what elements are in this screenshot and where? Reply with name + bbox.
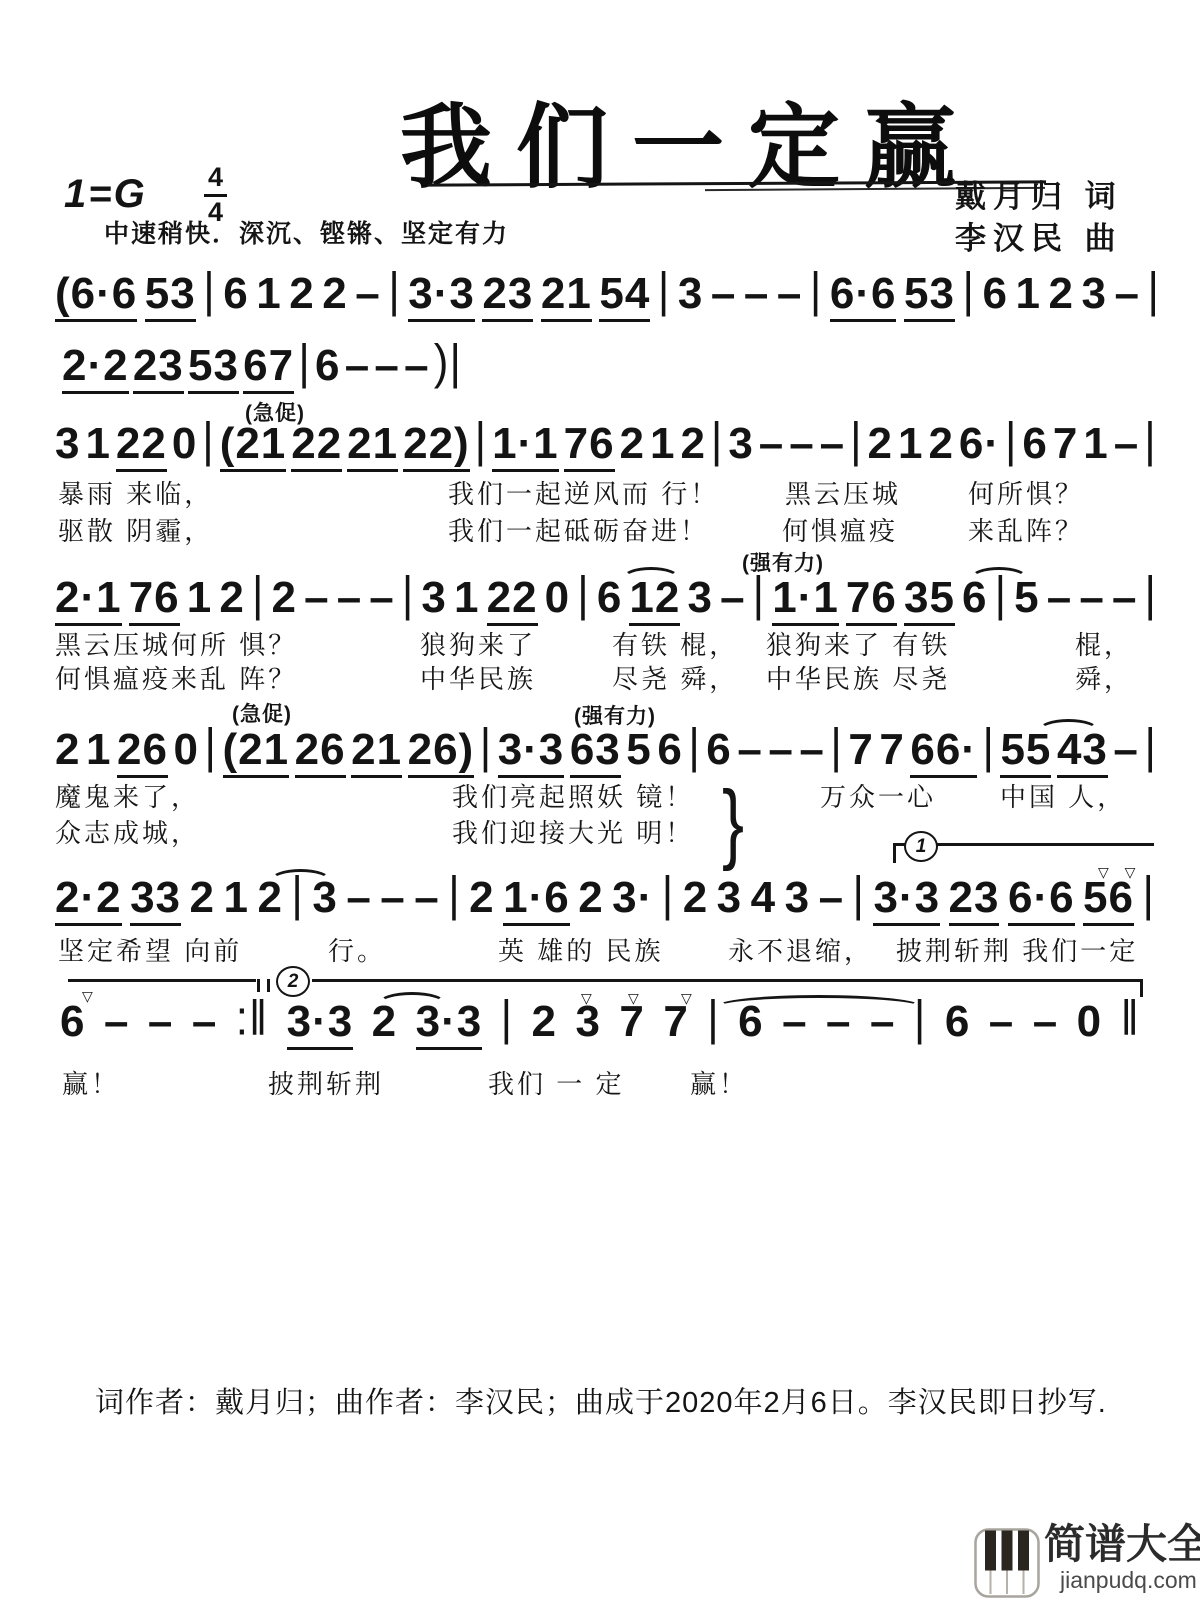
second-ending-line-left — [68, 979, 256, 982]
note-token: 3 — [1081, 272, 1106, 322]
note-token: 21 — [541, 272, 592, 322]
note-token: – — [345, 344, 370, 394]
lyric-segment: 驱散 阴霾， — [58, 511, 213, 548]
ending-number: 1 — [904, 831, 938, 862]
note-token: 1·1 — [772, 576, 839, 626]
piano-keys-icon — [974, 1528, 1040, 1598]
lyric-segment: 我们迎接大光 明！ — [452, 813, 694, 850]
note-token: | — [810, 266, 822, 322]
note-token: 2 — [928, 422, 953, 472]
notation-line: 6–––:‖3·323·3|2377|6–––|6––0‖ — [60, 1000, 1140, 1050]
note-token: 22 — [116, 422, 167, 472]
note-token: 2 — [55, 728, 80, 778]
note-token: – — [1047, 576, 1072, 626]
note-token: – — [104, 1000, 129, 1050]
note-token: | — [1142, 870, 1154, 926]
note-token: 53 — [188, 344, 239, 394]
note-token: – — [720, 576, 745, 626]
lyric-segment: 狼狗来了 有铁 — [766, 625, 950, 662]
note-token: – — [346, 876, 371, 926]
lyric-segment: 何惧瘟疫 — [782, 511, 898, 548]
note-token: | — [688, 722, 700, 778]
note-token: 3 — [55, 422, 80, 472]
note-token: 6· — [959, 422, 1000, 472]
note-token: 7 — [879, 728, 904, 778]
note-token: :‖ — [236, 994, 268, 1050]
accent-mark: ▽ — [82, 988, 99, 1005]
key-signature: 1=G — [64, 172, 147, 217]
note-token: – — [337, 576, 362, 626]
accent-mark: ▽ ▽ — [1098, 864, 1141, 881]
expression-annotation: (强有力) — [574, 700, 656, 730]
note-token: 21 — [351, 728, 402, 778]
note-token: 76 — [846, 576, 897, 626]
note-token: 53 — [904, 272, 955, 322]
note-token: | — [475, 416, 487, 472]
note-token: | — [1145, 570, 1157, 626]
lyric-segment: 魔鬼来了， — [55, 777, 200, 814]
note-token: – — [374, 344, 399, 394]
lyric-segment: 舜， — [1075, 659, 1133, 696]
notation-line: 21260|(21262126)|3·36356|6–––|7766·|5543… — [55, 728, 1157, 778]
site-watermark: 简谱大全 jianpudq.com — [974, 1524, 1200, 1598]
note-token: | — [1144, 416, 1156, 472]
note-token: 26 — [117, 728, 168, 778]
note-token: | — [850, 416, 862, 472]
tempo-expression: 中速稍快．深沉、铿锵、坚定有力 — [104, 214, 509, 250]
note-token: – — [414, 876, 439, 926]
note-token: 2·2 — [62, 344, 129, 394]
lyric-segment: 我们一起砥砺奋进！ — [448, 511, 709, 548]
note-token: 1 — [85, 422, 110, 472]
note-token: | — [448, 870, 460, 926]
lyric-segment: 我们 一 定 — [488, 1064, 624, 1101]
lyric-segment: 暴雨 来临， — [58, 474, 213, 511]
note-token: | — [711, 416, 723, 472]
note-token: 0 — [172, 422, 197, 472]
note-token: – — [1115, 272, 1140, 322]
expression-annotation: (急促) — [245, 397, 305, 427]
lyric-segment: 黑云压城 — [785, 474, 901, 511]
note-token: 1 — [1083, 422, 1108, 472]
lyric-segment: 狼狗来了 — [420, 625, 536, 662]
note-token: | — [962, 266, 974, 322]
lyric-segment: 赢！ — [62, 1064, 120, 1101]
note-token: 33 — [130, 876, 181, 926]
lyric-segment: 有铁 棍， — [612, 625, 738, 662]
lyric-segment: 中国 人， — [1000, 777, 1126, 814]
note-token: 76 — [564, 422, 615, 472]
note-token: – — [1113, 728, 1138, 778]
note-token: 2 — [868, 422, 893, 472]
lyric-segment: 披荆斩荆 — [268, 1064, 384, 1101]
note-token: 2·2 — [55, 876, 122, 926]
note-token: | — [205, 722, 217, 778]
note-token: 1 — [1015, 272, 1040, 322]
note-token: )| — [434, 338, 462, 394]
ending-number: 2 — [276, 966, 310, 997]
lyric-segment: 我们一起逆风而 行！ — [448, 474, 719, 511]
note-token: 3 — [575, 1000, 600, 1050]
note-token: 3·3 — [498, 728, 565, 778]
note-token: 0 — [1077, 1000, 1102, 1050]
slur-arc — [270, 869, 331, 892]
note-token: 7 — [619, 1000, 644, 1050]
note-token: 2 — [289, 272, 314, 322]
second-ending-tick — [257, 979, 260, 992]
note-token: 22 — [291, 422, 342, 472]
note-token: 21 — [347, 422, 398, 472]
slur-arc — [1038, 719, 1099, 742]
note-token: 56 — [1083, 876, 1134, 926]
note-token: 1 — [223, 876, 248, 926]
note-token: 6·6 — [1008, 876, 1075, 926]
note-token: 0 — [174, 728, 199, 778]
note-token: 3 — [421, 576, 446, 626]
note-token: 35 — [904, 576, 955, 626]
note-token: 2 — [219, 576, 244, 626]
note-token: 2 — [322, 272, 347, 322]
note-token: 1·6 — [503, 876, 570, 926]
note-token: – — [989, 1000, 1014, 1050]
sheet-page: 我们一定赢 1=G 4 4 中速稍快．深沉、铿锵、坚定有力 戴月归 词 李汉民 … — [0, 0, 1200, 1600]
note-token: 7 — [663, 1000, 688, 1050]
note-token: | — [1005, 416, 1017, 472]
note-token: | — [707, 994, 719, 1050]
note-token: – — [777, 272, 802, 322]
note-token: 6 — [657, 728, 682, 778]
composer-credit: 李汉民 曲 — [955, 218, 1123, 260]
note-token: | — [1144, 722, 1156, 778]
accent-mark: ▽ — [628, 990, 645, 1007]
lyric-segment: 英 雄的 民族 — [498, 931, 663, 968]
note-token: (21 — [223, 728, 290, 778]
lyric-segment: 我们亮起照妖 镜！ — [452, 777, 694, 814]
note-token: – — [148, 1000, 173, 1050]
note-token: | — [1148, 266, 1160, 322]
note-token: – — [192, 1000, 217, 1050]
note-token: 5 — [626, 728, 651, 778]
lyric-segment: 中华民族 — [420, 659, 536, 696]
note-token: 3 — [687, 576, 712, 626]
note-token: (6·6 — [55, 272, 137, 322]
note-token: | — [753, 570, 765, 626]
note-token: 6 — [945, 1000, 970, 1050]
watermark-site-name: 简谱大全 — [1044, 1524, 1200, 1565]
note-token: 6 — [60, 1000, 85, 1050]
note-token: 3 — [717, 876, 742, 926]
note-token: 22) — [403, 422, 470, 472]
note-token: ‖ — [1121, 994, 1140, 1050]
note-token: 2 — [272, 576, 297, 626]
note-token: 2 — [683, 876, 708, 926]
note-token: – — [404, 344, 429, 394]
note-token: 66· — [910, 728, 977, 778]
second-ending-line-right — [312, 979, 1143, 997]
note-token: 3·3 — [873, 876, 940, 926]
note-token: 2·1 — [55, 576, 122, 626]
note-token: 3 — [785, 876, 810, 926]
note-token: 23 — [949, 876, 1000, 926]
note-token: – — [820, 422, 845, 472]
slur-arc — [622, 567, 680, 590]
lyricist-credit: 戴月归 词 — [955, 176, 1123, 218]
lyric-segment: 黑云压城何所 惧？ — [55, 625, 297, 662]
note-token: 2 — [190, 876, 215, 926]
notation-line: 2·233212|3–––|21·623·|2343–|3·3236·656| — [55, 876, 1155, 926]
note-token: 3·3 — [287, 1000, 354, 1050]
note-token: | — [853, 870, 865, 926]
notation-line: (6·653|6122–|3·3232154|3–––|6·653|6123–| — [55, 272, 1160, 322]
note-token: (21 — [220, 422, 287, 472]
note-token: 1·1 — [492, 422, 559, 472]
note-token: 22 — [487, 576, 538, 626]
note-token: | — [830, 722, 842, 778]
note-token: 7 — [848, 728, 873, 778]
note-token: 6·6 — [830, 272, 897, 322]
lyric-segment: 万众一心 — [820, 777, 936, 814]
first-ending-bracket: 1 — [893, 843, 1154, 863]
note-token: 2 — [620, 422, 645, 472]
note-token: – — [819, 876, 844, 926]
watermark-text: 简谱大全 jianpudq.com — [1044, 1524, 1200, 1594]
note-token: | — [252, 570, 264, 626]
notation-line: 2·2235367|6–––)| — [62, 344, 462, 394]
note-token: | — [501, 994, 513, 1050]
note-token: 1 — [898, 422, 923, 472]
colophon-note: 词作者：戴月归；曲作者：李汉民；曲成于2020年2月6日。李汉民即日抄写. — [95, 1380, 1107, 1421]
lyric-segment: 何所惧？ — [968, 474, 1084, 511]
note-token: 2 — [1048, 272, 1073, 322]
note-token: – — [799, 728, 824, 778]
note-token: – — [759, 422, 784, 472]
expression-annotation: (强有力) — [742, 547, 824, 577]
lyric-segment: 永不退缩， — [728, 931, 873, 968]
note-token: | — [298, 338, 310, 394]
slur-arc — [378, 992, 446, 1015]
note-token: | — [982, 722, 994, 778]
note-token: 3 — [678, 272, 703, 322]
note-token: 1 — [650, 422, 675, 472]
note-token: 23 — [133, 344, 184, 394]
lyric-segment: 棍， — [1075, 625, 1133, 662]
note-token: | — [202, 416, 214, 472]
note-token: 6 — [223, 272, 248, 322]
note-token: | — [577, 570, 589, 626]
lyric-segment: 来乱阵？ — [968, 511, 1084, 548]
note-token: 2 — [469, 876, 494, 926]
note-token: 1 — [256, 272, 281, 322]
note-token: 1 — [454, 576, 479, 626]
lyric-segment: 披荆斩荆 我们一定 — [896, 931, 1138, 968]
expression-annotation: (急促) — [232, 698, 292, 728]
note-token: 67 — [243, 344, 294, 394]
notation-line: 31220|(21222122)|1·176212|3–––|2126·|671… — [55, 422, 1157, 472]
note-token: 1 — [187, 576, 212, 626]
watermark-site-url: jianpudq.com — [1060, 1567, 1200, 1594]
note-token: 0 — [545, 576, 570, 626]
credits-block: 戴月归 词 李汉民 曲 — [955, 176, 1123, 260]
note-token: | — [658, 266, 670, 322]
note-token: | — [402, 570, 414, 626]
note-token: | — [480, 722, 492, 778]
slur-arc — [970, 567, 1028, 590]
lyric-segment: 坚定希望 向前 — [58, 931, 242, 968]
note-token: 23 — [482, 272, 533, 322]
lyric-segment: 众志成城， — [55, 813, 200, 850]
note-token: 2 — [532, 1000, 557, 1050]
note-token: 3·3 — [408, 272, 475, 322]
lyric-segment: 行。 — [328, 931, 386, 968]
second-ending-tick — [267, 979, 270, 992]
lyric-segment: 尽尧 舜， — [612, 659, 738, 696]
note-token: – — [380, 876, 405, 926]
note-token: 2 — [578, 876, 603, 926]
note-token: – — [1112, 576, 1137, 626]
note-token: 6 — [597, 576, 622, 626]
lyric-segment: 中华民族 尽尧 — [766, 659, 950, 696]
note-token: 4 — [751, 876, 776, 926]
note-token: 26 — [295, 728, 346, 778]
note-token: 63 — [570, 728, 621, 778]
note-token: 53 — [145, 272, 196, 322]
note-token: | — [203, 266, 215, 322]
slur-arc — [716, 995, 922, 1018]
note-token: 6 — [1022, 422, 1047, 472]
lyric-segment: 赢！ — [690, 1064, 748, 1101]
note-token: 3· — [612, 876, 653, 926]
note-token: – — [744, 272, 769, 322]
note-token: 7 — [1053, 422, 1078, 472]
lyric-brace: } — [722, 770, 744, 873]
note-token: 76 — [129, 576, 180, 626]
note-token: – — [1079, 576, 1104, 626]
note-token: – — [1033, 1000, 1058, 1050]
note-token: | — [388, 266, 400, 322]
lyric-segment: 何惧瘟疫来乱 阵？ — [55, 659, 297, 696]
note-token: – — [711, 272, 736, 322]
note-token: 6 — [315, 344, 340, 394]
accent-mark: ▽ — [581, 990, 598, 1007]
note-token: 6 — [982, 272, 1007, 322]
note-token: 26) — [408, 728, 475, 778]
note-token: 2 — [680, 422, 705, 472]
note-token: – — [1114, 422, 1139, 472]
note-token: | — [662, 870, 674, 926]
note-token: – — [355, 272, 380, 322]
note-token: – — [304, 576, 329, 626]
note-token: – — [369, 576, 394, 626]
note-token: 3 — [728, 422, 753, 472]
note-token: 54 — [599, 272, 650, 322]
note-token: – — [789, 422, 814, 472]
note-token: 1 — [86, 728, 111, 778]
accent-mark: ▽ — [681, 990, 698, 1007]
note-token: – — [768, 728, 793, 778]
time-signature-numerator: 4 — [204, 164, 227, 197]
